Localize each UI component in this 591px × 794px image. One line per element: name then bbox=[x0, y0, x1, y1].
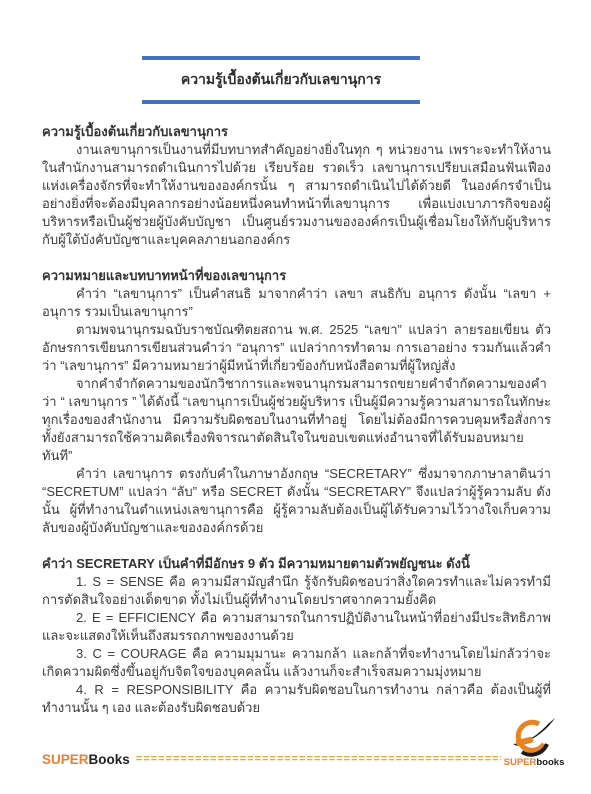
list-item: 1. S = SENSE คือ ความมีสามัญสำนึก รู้จัก… bbox=[42, 573, 551, 609]
logo-text-super: SUPER bbox=[504, 757, 537, 768]
paragraph: คำว่า “เลขานุการ” เป็นคำสนธิ มาจากคำว่า … bbox=[42, 285, 551, 321]
list-item: 4. R = RESPONSIBILITY คือ ความรับผิดชอบใ… bbox=[42, 681, 551, 717]
footer-brand-books: Books bbox=[89, 752, 130, 767]
paragraph: คำว่า เลขานุการ ตรงกับคำในภาษาอังกฤษ “SE… bbox=[42, 465, 551, 537]
section-heading: ความรู้เบื้องต้นเกี่ยวกับเลขานุการ bbox=[42, 123, 551, 141]
paragraph: จากคำจำกัดความของนักวิชาการและพจนานุกรมส… bbox=[42, 375, 551, 465]
list-item: 3. C = COURAGE คือ ความมุมานะ ความกล้า แ… bbox=[42, 645, 551, 681]
paragraph: ตามพจนานุกรมฉบับราชบัณฑิตยสถาน พ.ศ. 2525… bbox=[42, 321, 551, 375]
page-title: ความรู้เบื้องต้นเกี่ยวกับเลขานุการ bbox=[181, 71, 381, 87]
footer-brand: SUPERBooks bbox=[42, 752, 130, 768]
section-heading: ความหมายและบทบาทหน้าที่ของเลขานุการ bbox=[42, 267, 551, 285]
list-item: 2. E = EFFICIENCY คือ ความสามารถในการปฏิ… bbox=[42, 609, 551, 645]
section-heading: คำว่า SECRETARY เป็นคำที่มีอักษร 9 ตัว ม… bbox=[42, 555, 551, 573]
page-title-box: ความรู้เบื้องต้นเกี่ยวกับเลขานุการ bbox=[142, 56, 420, 104]
document-page: ความรู้เบื้องต้นเกี่ยวกับเลขานุการ ความร… bbox=[0, 0, 591, 794]
footer-brand-super: SUPER bbox=[42, 752, 89, 767]
superbooks-logo: SUPERbooks bbox=[503, 717, 565, 768]
superbooks-logo-icon bbox=[512, 717, 556, 759]
superbooks-logo-text: SUPERbooks bbox=[504, 758, 565, 768]
document-body: ความรู้เบื้องต้นเกี่ยวกับเลขานุการ งานเล… bbox=[42, 123, 551, 717]
paragraph: งานเลขานุการเป็นงานที่มีบทบาทสำคัญอย่างย… bbox=[42, 141, 551, 249]
section-intro: ความรู้เบื้องต้นเกี่ยวกับเลขานุการ งานเล… bbox=[42, 123, 551, 249]
logo-text-books: books bbox=[536, 757, 564, 768]
page-footer: SUPERBooks =============================… bbox=[42, 717, 565, 768]
section-meaning: ความหมายและบทบาทหน้าที่ของเลขานุการ คำว่… bbox=[42, 267, 551, 537]
section-secretary-letters: คำว่า SECRETARY เป็นคำที่มีอักษร 9 ตัว ม… bbox=[42, 555, 551, 717]
footer-separator-line: ========================================… bbox=[136, 753, 501, 765]
